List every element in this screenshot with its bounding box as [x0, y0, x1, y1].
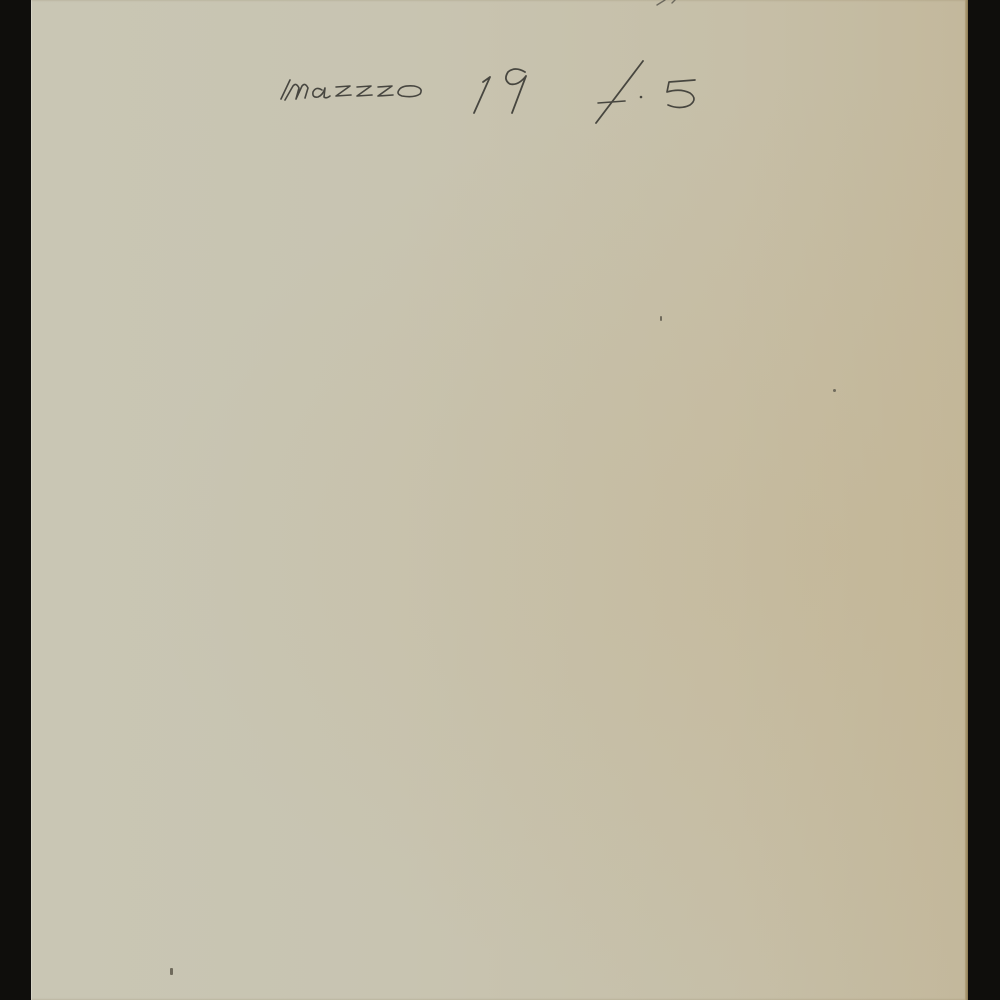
paper-sheet — [31, 0, 968, 1000]
paper-speck — [660, 316, 662, 321]
paper-speck — [833, 389, 836, 392]
handwritten-note: mazzo 19 f. 5 — [280, 62, 575, 108]
scan-background: mazzo 19 f. 5 — [0, 0, 1000, 1000]
paper-speck — [170, 968, 173, 975]
